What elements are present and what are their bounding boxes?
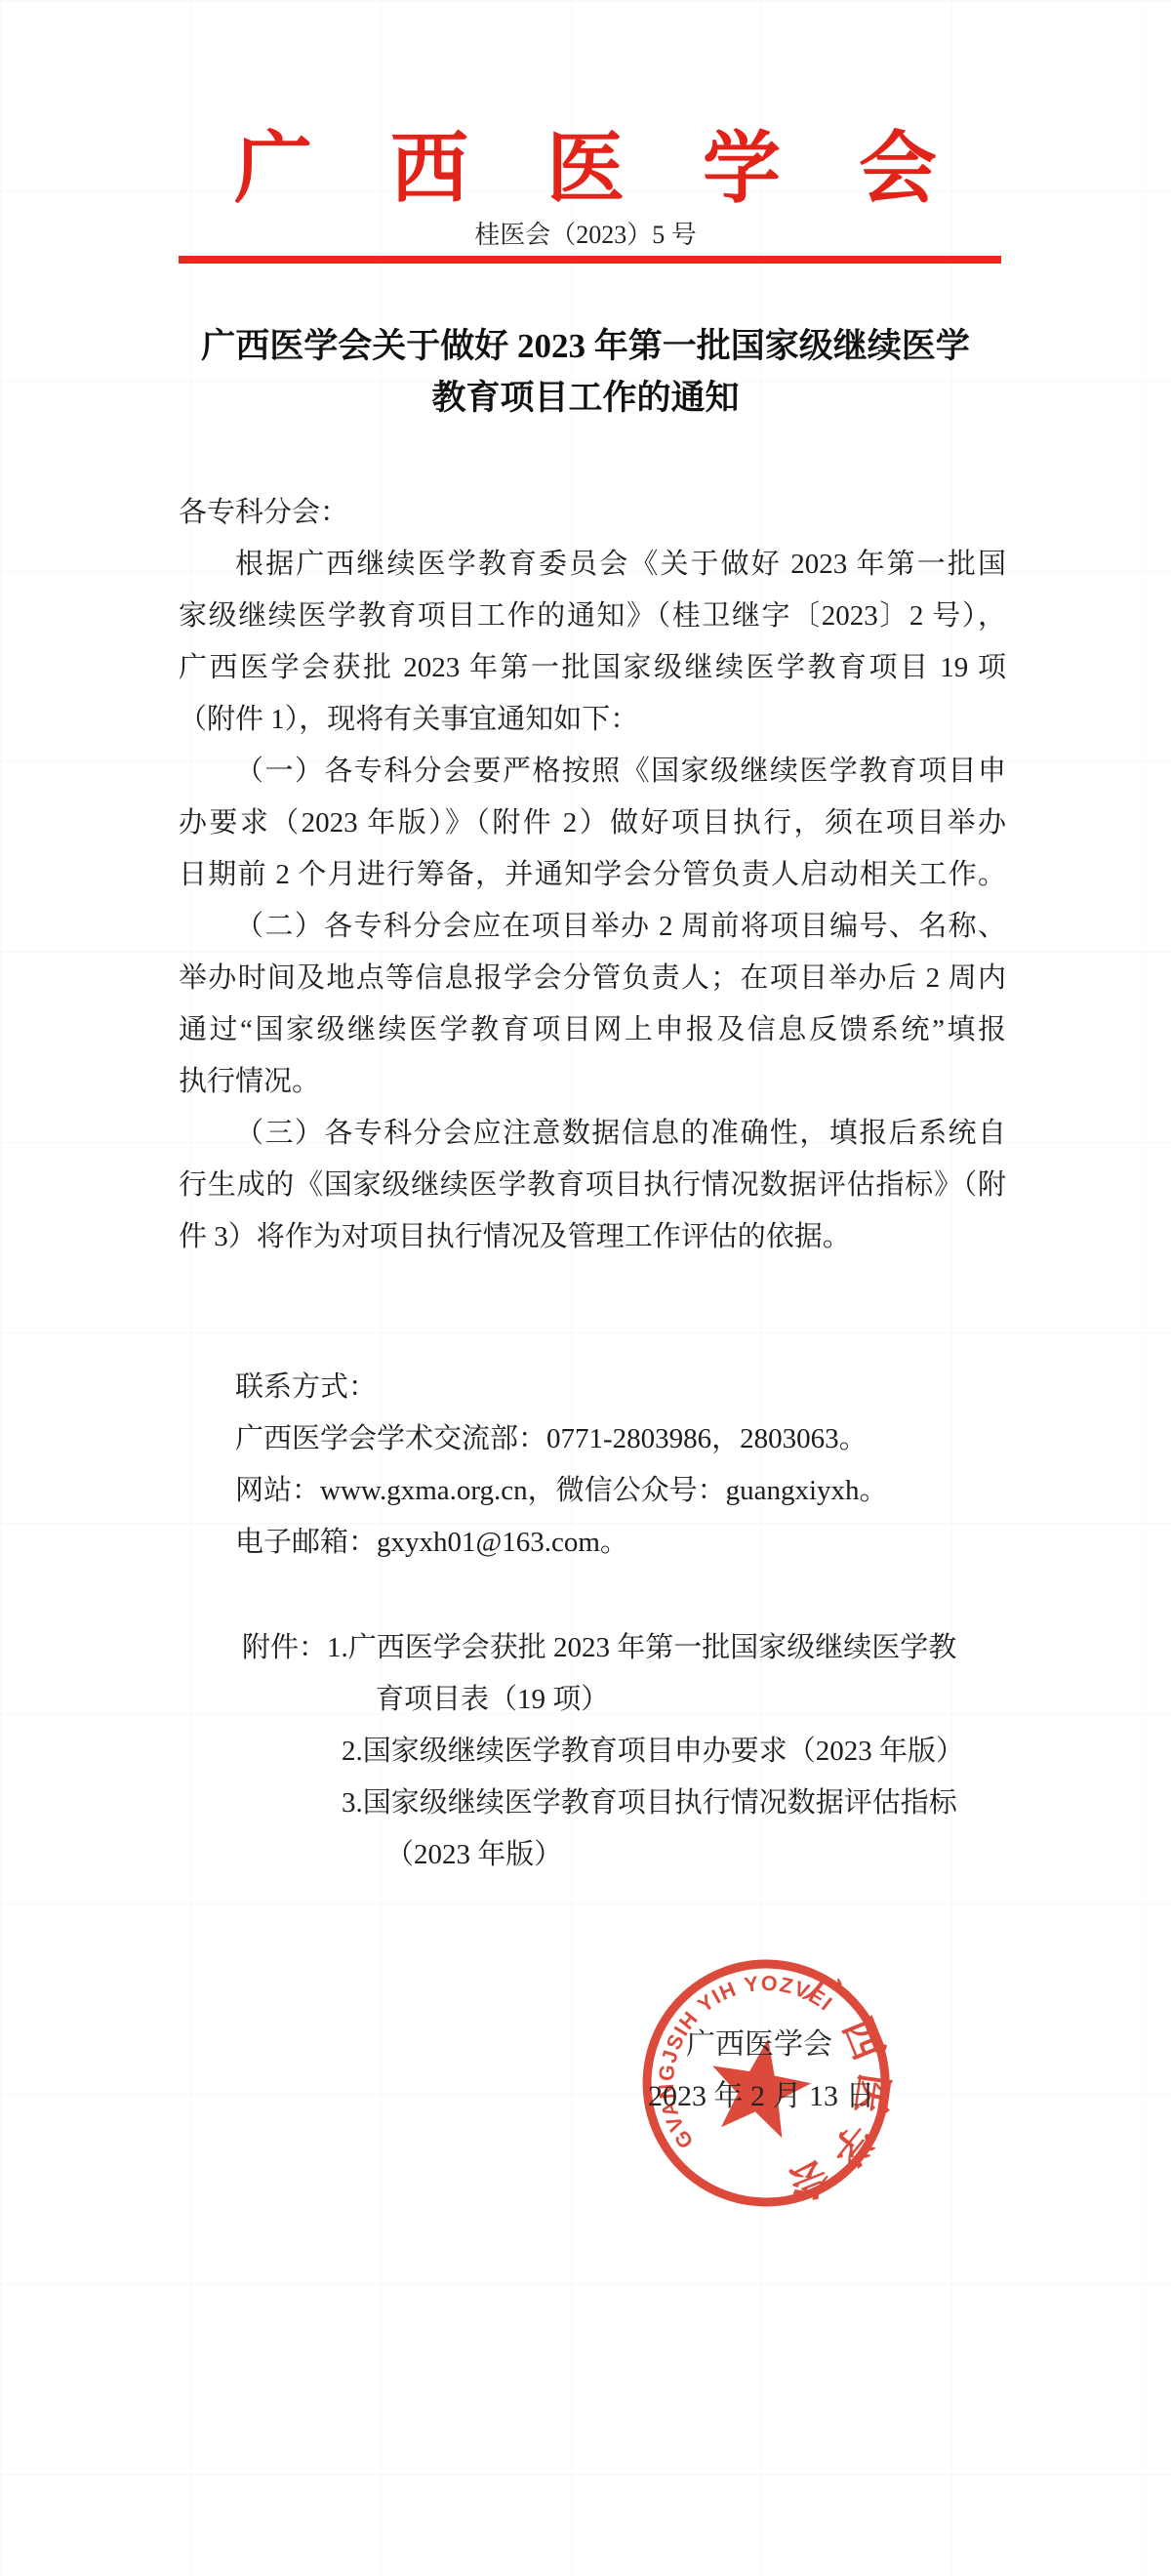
- body-line: （三）各专科分会应注意数据信息的准确性，填报后系统自: [179, 1108, 1006, 1160]
- document-title-line1: 广西医学会关于做好 2023 年第一批国家级继续医学: [172, 320, 999, 372]
- document-number: 桂医会（2023）5 号: [0, 221, 1171, 250]
- body-line: 通过“国家级继续医学教育项目网上申报及信息反馈系统”填报: [179, 1004, 1006, 1056]
- body-line: 广西医学会获批 2023 年第一批国家级继续医学教育项目 19 项: [179, 642, 1006, 694]
- official-document-page: 广 西 医 学 会 桂医会（2023）5 号 广西医学会关于做好 2023 年第…: [0, 0, 1171, 2576]
- letterhead-org-name: 广 西 医 学 会: [0, 131, 1171, 209]
- attachment-item-2: 2.国家级继续医学教育项目申办要求（2023 年版）: [179, 1726, 1006, 1778]
- body-line: 执行情况。: [179, 1056, 1006, 1108]
- body-line: 根据广西继续医学教育委员会《关于做好 2023 年第一批国: [179, 539, 1006, 591]
- attachment-item-3-cont: （2023 年版）: [179, 1829, 1006, 1881]
- contact-website: 网站：www.gxma.org.cn，微信公众号：guangxiyxh。: [179, 1465, 1006, 1517]
- body-line: （附件 1），现将有关事宜通知如下：: [179, 694, 1006, 746]
- contact-email: 电子邮箱：gxyxh01@163.com。: [179, 1517, 1006, 1569]
- contact-heading: 联系方式：: [179, 1362, 1006, 1413]
- letterhead-divider-rule: [179, 256, 1001, 264]
- salutation: 各专科分会：: [179, 487, 1006, 539]
- body-line: （一）各专科分会要严格按照《国家级继续医学教育项目申: [179, 746, 1006, 797]
- body-line: 日期前 2 个月进行筹备，并通知学会分管负责人启动相关工作。: [179, 849, 1006, 901]
- body-line: （二）各专科分会应在项目举办 2 周前将项目编号、名称、: [179, 901, 1006, 953]
- document-title: 广西医学会关于做好 2023 年第一批国家级继续医学 教育项目工作的通知: [172, 320, 999, 424]
- body-line: 行生成的《国家级继续医学教育项目执行情况数据评估指标》（附: [179, 1160, 1006, 1211]
- contact-info: 联系方式： 广西医学会学术交流部：0771-2803986，2803063。 网…: [179, 1362, 1006, 1569]
- signature-org-name: 广西医学会: [686, 2028, 832, 2062]
- body-line: 办要求（2023 年版）》（附件 2）做好项目执行，须在项目举办: [179, 797, 1006, 849]
- body-line: 件 3）将作为对项目执行情况及管理工作评估的依据。: [179, 1211, 1006, 1263]
- attachment-item-3: 3.国家级继续医学教育项目执行情况数据评估指标: [179, 1778, 1006, 1829]
- attachment-item-1-cont: 育项目表（19 项）: [179, 1674, 1006, 1726]
- document-body: 各专科分会： 根据广西继续医学教育委员会《关于做好 2023 年第一批国 家级继…: [179, 487, 1006, 1263]
- body-line: 家级继续医学教育项目工作的通知》（桂卫继字〔2023〕2 号），: [179, 591, 1006, 642]
- document-title-line2: 教育项目工作的通知: [172, 372, 999, 424]
- signature-date: 2023 年 2 月 13 日: [648, 2080, 875, 2113]
- attachments-list: 附件：1.广西医学会获批 2023 年第一批国家级继续医学教 育项目表（19 项…: [179, 1622, 1006, 1881]
- contact-phone: 广西医学会学术交流部：0771-2803986，2803063。: [179, 1413, 1006, 1465]
- body-line: 举办时间及地点等信息报学会分管负责人；在项目举办后 2 周内: [179, 953, 1006, 1004]
- attachment-item-1: 附件：1.广西医学会获批 2023 年第一批国家级继续医学教: [179, 1622, 1006, 1674]
